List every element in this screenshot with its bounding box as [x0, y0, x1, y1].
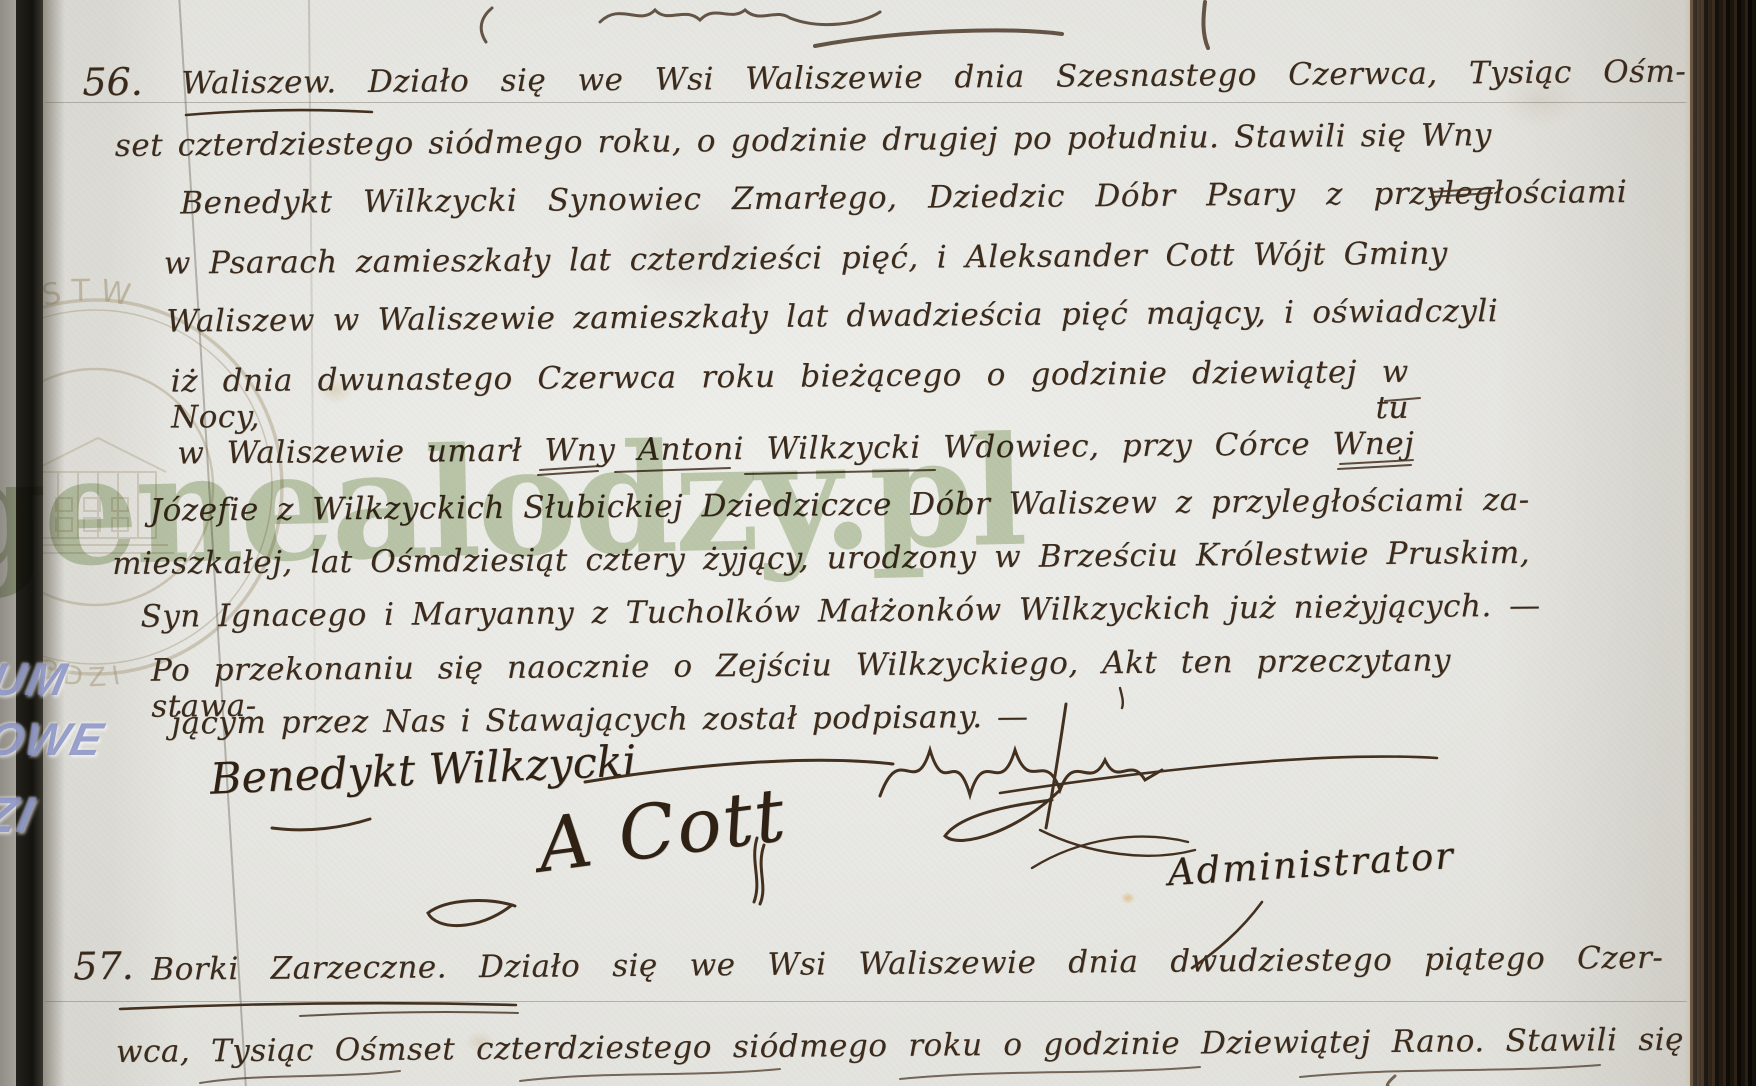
record-56-line-8: Józefie z Wilkzyckich Słubickiej Dziedzi… [150, 482, 1530, 543]
record-57-opening-text: Działo się we Wsi Waliszewie dnia dwudzi… [479, 940, 1664, 985]
record-56-place-name: Waliszew. [181, 64, 337, 101]
record-56-line-6: iż dnia dwunastego Czerwca roku bieżąceg… [171, 354, 1409, 414]
witness-signature-a-cott: A Cott [533, 772, 792, 890]
record-57-line-2: wca, Tysiąc Ośmset czterdziestego siódme… [116, 1022, 1684, 1084]
record-56-line-3: Benedykt Wilkzycki Synowiec Zmarłego, Dz… [180, 174, 1627, 235]
book-binding-edge [1690, 0, 1756, 1086]
entry-57-number: 57. [73, 944, 134, 988]
record-56-line-4: w Psarach zamieszkały lat czterdzieści p… [164, 236, 1448, 296]
record-56-line-1: Waliszew. Działo się we Wsi Waliszewie d… [181, 54, 1686, 116]
record-57-line-1: Borki Zarzeczne. Działo się we Wsi Walis… [151, 940, 1663, 1002]
administrator-title-signature: Administrator [1167, 834, 1456, 894]
record-56-line-7: w Waliszewie umarł Wny Antoni Wilkzycki … [177, 426, 1414, 486]
manuscript-text-layer: 56. Waliszew. Działo się we Wsi Waliszew… [0, 0, 1756, 1086]
record-56-line-5: Waliszew w Waliszewie zamieszkały lat dw… [166, 293, 1498, 353]
record-56-line-11: Po przekonaniu się naocznie o Zejściu Wi… [151, 643, 1451, 703]
record-56-line-2: set czterdziestego siódmego roku, o godz… [115, 117, 1492, 178]
record-56-line-10: Syn Ignacego i Maryanny z Tucholków Małż… [140, 588, 1540, 649]
entry-56-number: 56. [82, 60, 143, 104]
record-56-opening-text: Działo się we Wsi Waliszewie dnia Szesna… [368, 54, 1687, 100]
record-57-place-name: Borki Zarzeczne. [151, 949, 447, 987]
register-page-scan: { "record_56": { "number": "56.", "place… [0, 0, 1756, 1086]
record-56-line-9: mieszkałej, lat Ośmdziesiąt cztery żyjąc… [112, 535, 1530, 596]
